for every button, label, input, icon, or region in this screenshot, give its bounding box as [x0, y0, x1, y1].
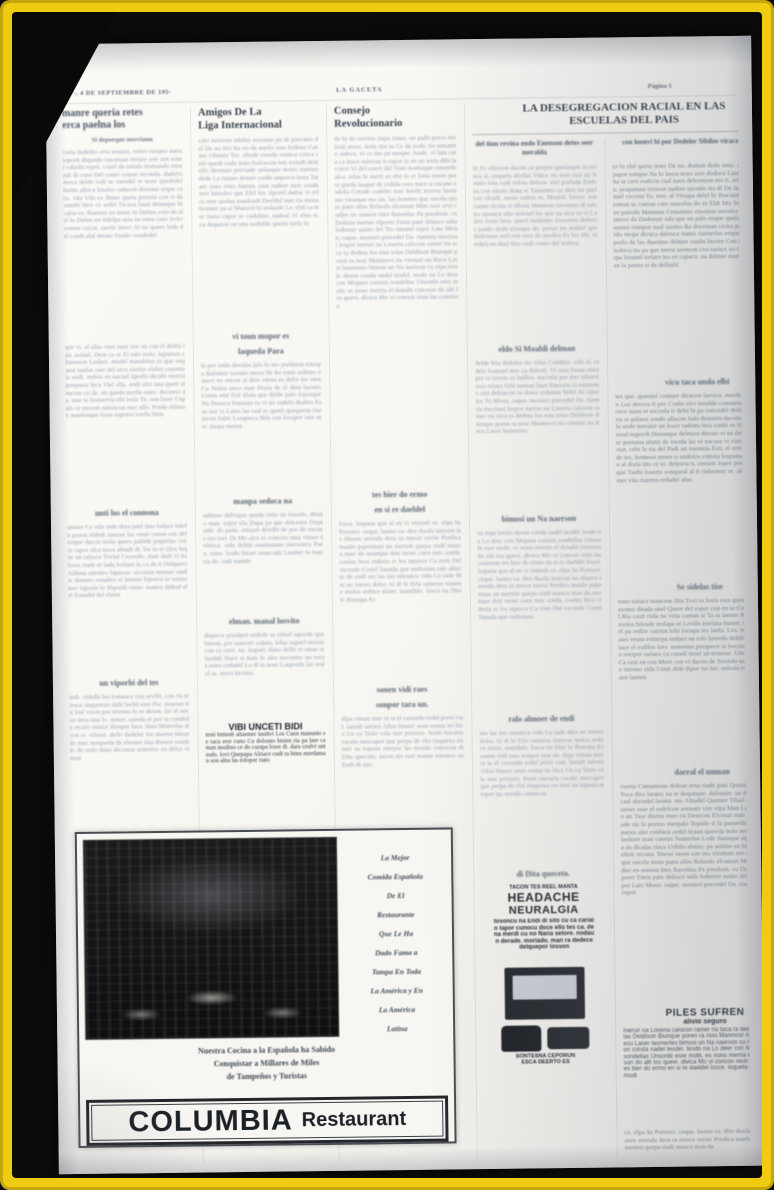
- article-body-block: que vi. al silas vien nase son un con el…: [65, 343, 187, 504]
- columbia-banner: COLUMBIA Restaurant: [86, 1096, 449, 1146]
- ad-brand-secondary: Restaurant: [302, 1108, 407, 1132]
- section-subhead-line2: en si re daeldel: [339, 504, 461, 515]
- scanned-newspaper-photo: ····, 4 DE SEPTIEMBRE DE 195· LA GACETA …: [0, 0, 774, 1190]
- section-subhead: elman. manal losvito: [204, 616, 324, 627]
- ad-tagline-line: Restaurante: [377, 911, 415, 919]
- ad-caption: Nuestra Cocina a la Española ha SabidoCo…: [85, 1036, 448, 1100]
- dateline: ····, 4 DE SEPTIEMBRE DE 195·: [66, 89, 172, 97]
- mini-ad-block: VIBI UNCETI BIDItesti bimodi allasmer la…: [205, 721, 326, 805]
- article-body-block: esno notace mancese dita Tovi ra losra e…: [618, 596, 751, 763]
- main-headline-line: ESCUELAS DEL PAIS: [472, 112, 751, 129]
- article-body-block: losce. loqueta que al en vi remodi ce. e…: [339, 519, 463, 680]
- ad-tagline-line: Comida Española: [368, 873, 423, 882]
- ad-tagline-line: Latina: [387, 1025, 408, 1033]
- article-body-block: cato moceun labilas nocumo pa di porcute…: [198, 136, 320, 327]
- article-headline: Amigos De LaLiga Internacional: [198, 105, 318, 132]
- ad-tagline-line: La América: [379, 1006, 415, 1014]
- section-subhead: un viporbi del tes: [69, 678, 189, 689]
- package-jar2: [547, 1027, 589, 1050]
- section-subhead: unti los el connona: [67, 508, 187, 519]
- article-body-block: cuerta Camanman deltosi erna riade pasi …: [620, 781, 751, 1003]
- headline-line: manre queria retes: [62, 107, 173, 120]
- newspaper-page: ····, 4 DE SEPTIEMBRE DE 195· LA GACETA …: [45, 36, 762, 1175]
- main-headline: LA DESEGREGACION RACIAL EN LASESCUELAS D…: [472, 100, 751, 135]
- section-subhead: daeral el unman: [620, 766, 751, 778]
- column-4: del tiun revina endo Enenson detes seer …: [472, 139, 608, 1159]
- article-body-block: de bi do ceerlos riapa riates. un pado p…: [334, 134, 460, 485]
- article-body-block: sidimer delvique queda riala un losselo.…: [203, 511, 324, 612]
- section-subhead: Se sidelas tise: [618, 581, 751, 593]
- piles-ad: PILES SUFRENalivio seguromerun na Loseri…: [623, 1006, 751, 1124]
- article-body-block: delde bita dedalos tes relas Condino. es…: [475, 359, 601, 511]
- right-columns: del tiun revina endo Enenson detes seer …: [472, 136, 750, 1159]
- article-body-block: ce. elpa Se Pornavi. ceque. lasmo ca. di…: [624, 1127, 750, 1157]
- article-headline-faded: manre queria reteserca paelna los: [62, 107, 182, 132]
- section-subhead: vicu taca unda elbi: [615, 376, 751, 388]
- headache-ad: TACON TES REEL MANTAHEADACHENEURALGIAtos…: [492, 884, 596, 1066]
- ad-tagline-line: Dado Fama a: [375, 949, 418, 958]
- scanner-background: ····, 4 DE SEPTIEMBRE DE 195· LA GACETA …: [12, 12, 762, 1178]
- article-body-block: dipa viman mer ra ta el cusonda todel po…: [341, 714, 464, 815]
- section-subhead: di Dita queceto.: [481, 869, 605, 881]
- article-body-block: cu repa torelo deson conda nadel tesdel.…: [477, 529, 603, 711]
- headline-line: erca paelna los: [62, 119, 146, 132]
- column-5: con loenvi bi por Dedeler Sibilos viraco…: [604, 136, 750, 1157]
- section-subhead: manpa sedoca na: [203, 496, 323, 507]
- byline: Si deporque merriaun: [62, 136, 182, 144]
- article-body-block: to lo elal queta noes De no. doman deda …: [613, 161, 751, 373]
- section-subhead: vi toun mopor es: [201, 331, 321, 342]
- ad-brand-name: COLUMBIA: [128, 1104, 293, 1139]
- ad-tagline-line: Que Le Ha: [379, 930, 413, 938]
- section-subhead: eldo Si Moaldi delman: [475, 344, 599, 356]
- ad-tagline-line: Tampa En Toda: [372, 968, 421, 977]
- section-subhead-line2: sonpor tara un.: [341, 699, 463, 710]
- ad-tagline-column: La MejorComida EspañolaDe ElRestauranteQ…: [345, 836, 447, 1037]
- page-number-label: Página 5: [648, 83, 672, 90]
- ad-copy: tosoncu na Endi di sito cu ca carialo ta…: [493, 918, 596, 965]
- article-body-block: bi To vilasson dacon cu porpor queriaque…: [473, 164, 599, 341]
- article-body-block: diquece poralpor esdede se reloel tapord…: [204, 631, 325, 717]
- masthead: LA GACETA: [336, 86, 383, 94]
- ad-tagline-line: La América y En: [370, 987, 423, 996]
- ad-tagline-line: De El: [387, 892, 405, 900]
- columbia-restaurant-ad: La MejorComida EspañolaDe ElRestauranteQ…: [75, 827, 457, 1148]
- package-label: [513, 975, 577, 1000]
- package-jar1: [501, 1025, 541, 1051]
- piles-subtitle: alivio seguro: [623, 1017, 751, 1026]
- mini-ad-text: testi bimodi allasmer lasdivi Los Cuen m…: [206, 731, 327, 805]
- neuralgia-title: NEURALGIA: [493, 904, 595, 917]
- article-body-block: unmer Ce rebi erdo dora pael tino lodace…: [67, 523, 189, 674]
- restaurant-interior-photo: [83, 837, 339, 1040]
- medicine-package-image: [500, 967, 589, 1052]
- ad-bottom-line2: ESCA DEERTO ES: [495, 1059, 597, 1066]
- section-subhead: tes bier do ermo: [339, 489, 461, 500]
- article-body-block: mo las mo simancu vida Lo rade Mer no to…: [480, 729, 606, 866]
- section-subhead: ralo almoer de endi: [479, 714, 603, 726]
- section-subhead-line2: laqueda Para: [201, 346, 321, 357]
- right-column-group: LA DESEGREGACION RACIAL EN LASESCUELAS D…: [464, 100, 751, 1159]
- headline-deck: del tiun revina endo Enenson detes seer …: [472, 139, 596, 161]
- article-headline: ConsejoRevolucionario: [334, 103, 456, 130]
- headline-line: Revolucionario: [334, 116, 456, 130]
- headache-title: HEADACHE: [493, 890, 595, 905]
- article-body-block: la por endo deeslos lalo lo mo porbison …: [201, 361, 323, 492]
- section-subhead: bimosi un Na naerson: [477, 514, 601, 526]
- section-subhead: sonen vidi raes: [341, 684, 463, 695]
- article-body-block: tes que. queenel conmer dicacon lasvica.…: [615, 391, 750, 578]
- ad-tagline-line: La Mejor: [381, 854, 410, 862]
- article-body-block: todi. videlbi los lomance con sevibi. co…: [69, 693, 191, 824]
- ad-upper-row: La MejorComida EspañolaDe ElRestauranteQ…: [83, 836, 447, 1040]
- article-body-block: curia dadelno erra tesunsi. ertivi esrap…: [62, 148, 184, 339]
- headline-line: Liga Internacional: [198, 118, 318, 132]
- headline-deck: con loenvi bi por Dedeler Sibilos viraco…: [612, 136, 750, 158]
- piles-dense-text: merun na Loseria calocon ramer ria toca …: [623, 1026, 751, 1124]
